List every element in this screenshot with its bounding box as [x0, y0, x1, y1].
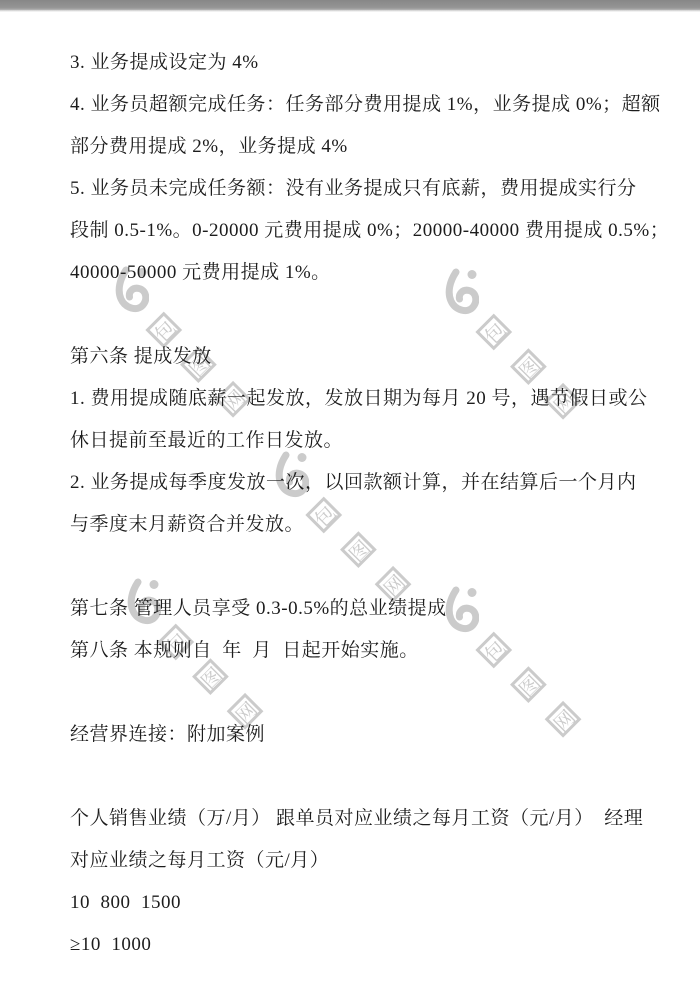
- doc-line-blank: [70, 672, 680, 714]
- doc-line-blank: [70, 294, 680, 336]
- doc-line-item-4a: 4. 业务员超额完成任务：任务部分费用提成 1%，业务提成 0%；超额: [70, 84, 680, 126]
- top-shadow-bar: [0, 0, 700, 12]
- doc-line-article-6-heading: 第六条 提成发放: [70, 336, 680, 378]
- doc-line-table-header-a: 个人销售业绩（万/月） 跟单员对应业绩之每月工资（元/月） 经理: [70, 798, 680, 840]
- doc-line-item-4b: 部分费用提成 2%，业务提成 4%: [70, 126, 680, 168]
- doc-line-table-header-b: 对应业绩之每月工资（元/月）: [70, 840, 680, 882]
- document-page: 包 图 网 包 图 网 包 图 网: [0, 0, 700, 1000]
- doc-line-article-8: 第八条 本规则自 年 月 日起开始实施。: [70, 630, 680, 672]
- doc-line-a6-item-1a: 1. 费用提成随底薪一起发放，发放日期为每月 20 号，遇节假日或公: [70, 378, 680, 420]
- doc-line-case-link: 经营界连接：附加案例: [70, 714, 680, 756]
- doc-line-blank: [70, 546, 680, 588]
- doc-line-a6-item-2b: 与季度末月薪资合并发放。: [70, 504, 680, 546]
- doc-line-item-5c: 40000-50000 元费用提成 1%。: [70, 252, 680, 294]
- doc-line-table-row-2: ≥10 1000: [70, 924, 680, 966]
- doc-line-item-5b: 段制 0.5-1%。0-20000 元费用提成 0%；20000-40000 费…: [70, 210, 680, 252]
- doc-line-a6-item-1b: 休日提前至最近的工作日发放。: [70, 420, 680, 462]
- doc-line-blank: [70, 756, 680, 798]
- doc-line-item-3: 3. 业务提成设定为 4%: [70, 42, 680, 84]
- doc-line-item-5a: 5. 业务员未完成任务额：没有业务提成只有底薪，费用提成实行分: [70, 168, 680, 210]
- document-body: 3. 业务提成设定为 4% 4. 业务员超额完成任务：任务部分费用提成 1%，业…: [70, 42, 680, 966]
- doc-line-a6-item-2a: 2. 业务提成每季度发放一次，以回款额计算，并在结算后一个月内: [70, 462, 680, 504]
- doc-line-article-7: 第七条 管理人员享受 0.3-0.5%的总业绩提成: [70, 588, 680, 630]
- doc-line-table-row-1: 10 800 1500: [70, 882, 680, 924]
